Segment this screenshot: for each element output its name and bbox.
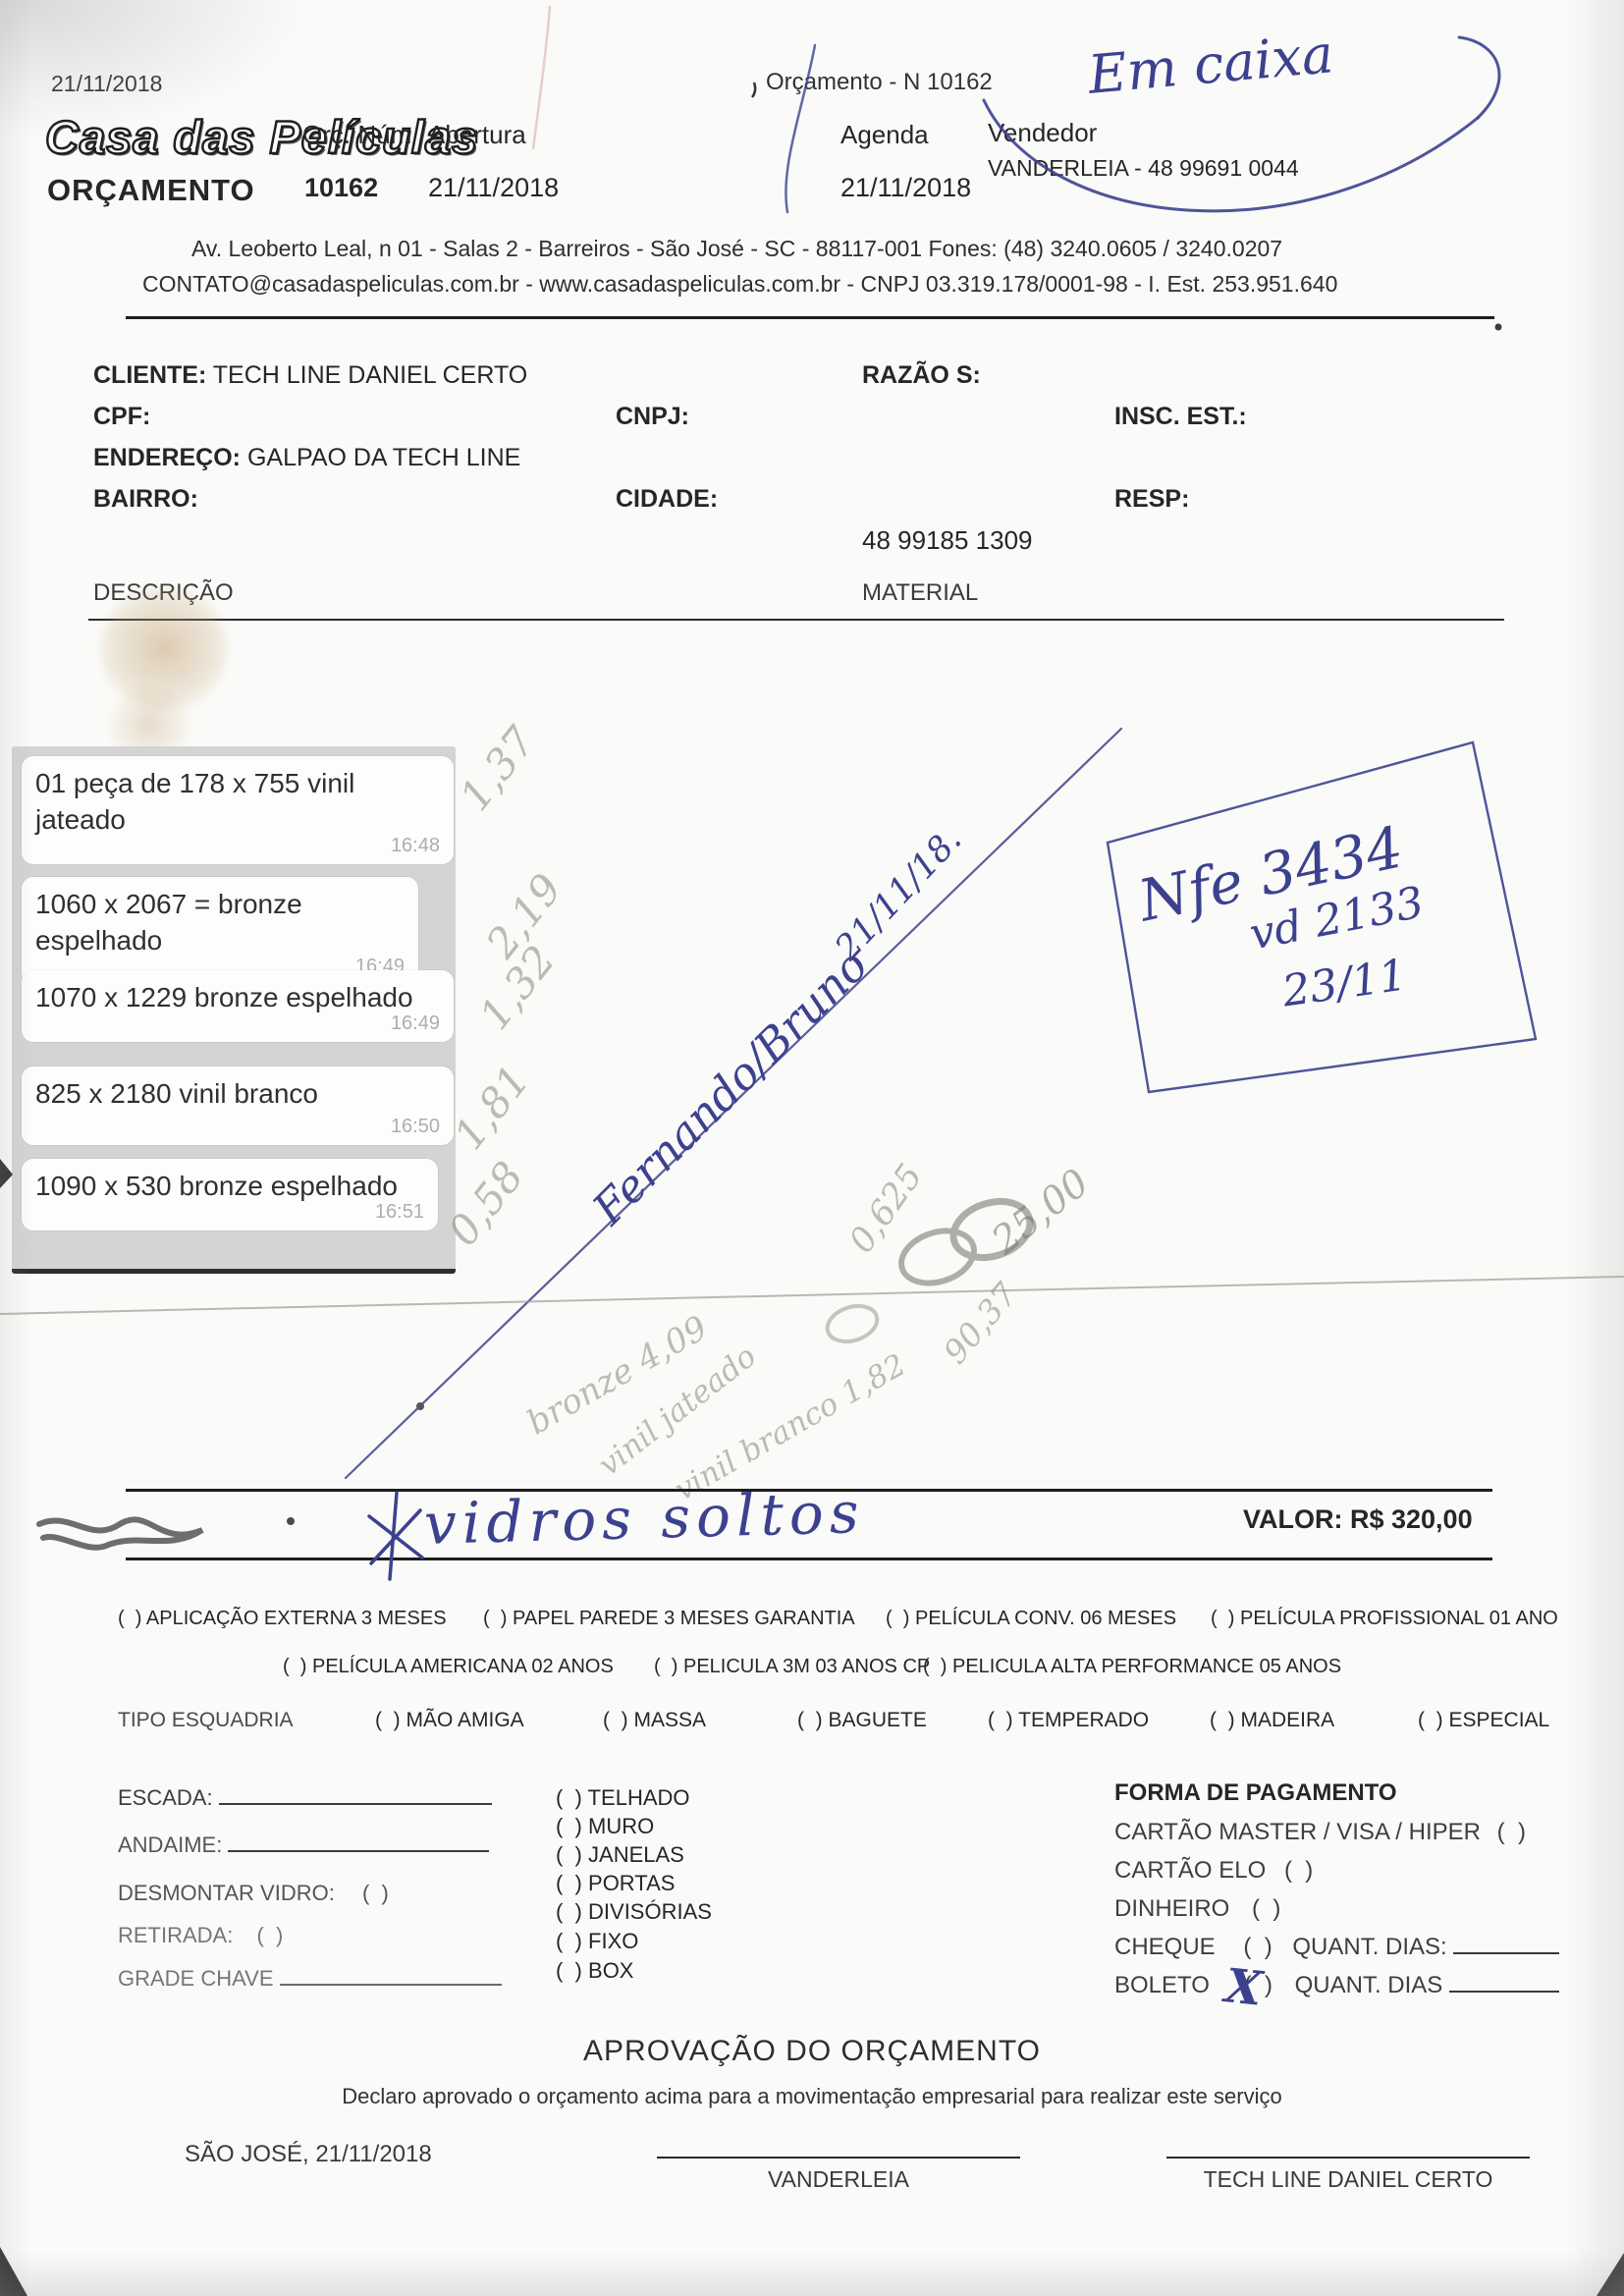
- header-divider: [126, 316, 1494, 319]
- desmontar-field: DESMONTAR VIDRO: ( ): [118, 1881, 389, 1906]
- tipo-option-label: TEMPERADO: [1018, 1709, 1149, 1731]
- scanned-quote-document: 21/11/2018 Orçamento - N 10162 Casa das …: [0, 0, 1624, 2296]
- top-crease-mark: [533, 6, 550, 149]
- chat-message-text: 825 x 2180 vinil branco: [35, 1078, 318, 1109]
- warranty-option-label: PELÍCULA CONV. 06 MESES: [915, 1608, 1176, 1629]
- payment-option: CARTÃO MASTER / VISA / HIPER ( ): [1114, 1819, 1526, 1846]
- checkbox: ( ): [556, 1929, 582, 1953]
- pencil-note: 0,625: [842, 1157, 931, 1260]
- chat-message-time: 16:50: [391, 1114, 440, 1139]
- checkbox: ( ): [797, 1709, 823, 1731]
- warranty-option-label: PELICULA ALTA PERFORMANCE 05 ANOS: [952, 1656, 1341, 1677]
- valor-rule-bottom: [126, 1558, 1492, 1560]
- handwritten-top-note: Em caixa: [1086, 23, 1336, 106]
- tipo-option: ( ) TEMPERADO: [988, 1709, 1149, 1732]
- chat-message-text: 1060 x 2067 = bronze espelhado: [35, 889, 302, 956]
- chat-message-time: 16:49: [391, 1011, 440, 1036]
- field-abertura-value: 21/11/2018: [428, 173, 559, 203]
- handwritten-boleto-x: X: [1222, 1958, 1265, 2017]
- tipo-option: ( ) BAGUETE: [797, 1709, 927, 1732]
- handwritten-diagonal-names: Fernando/Bruno: [582, 939, 878, 1234]
- warranty-option-label: PELÍCULA AMERICANA 02 ANOS: [312, 1656, 614, 1677]
- endereco-value: GALPAO DA TECH LINE: [247, 444, 520, 471]
- approval-declaration: Declaro aprovado o orçamento acima para …: [0, 2084, 1624, 2109]
- tipo-option: ( ) MADEIRA: [1210, 1709, 1334, 1732]
- andaime-blank-line: [228, 1836, 489, 1852]
- payment-title: FORMA DE PAGAMENTO: [1114, 1779, 1397, 1807]
- ink-speck: [1495, 324, 1502, 331]
- warranty-option: ( ) PAPEL PAREDE 3 MESES GARANTIA: [483, 1608, 855, 1630]
- pencil-margin-number: 1,81: [445, 1057, 539, 1159]
- checkbox: ( ): [1252, 1895, 1280, 1922]
- pencil-note: 25,00: [984, 1161, 1098, 1263]
- checkbox: ( ): [375, 1709, 401, 1731]
- razao-label: RAZÃO S:: [862, 361, 981, 390]
- grade-chave-field: GRADE CHAVE: [118, 1966, 502, 1992]
- retirada-field: RETIRADA: ( ): [118, 1923, 283, 1948]
- scan-date: 21/11/2018: [51, 71, 162, 97]
- address-line-1: Av. Leoberto Leal, n 01 - Salas 2 - Barr…: [191, 236, 1282, 262]
- checkbox: ( ): [886, 1608, 909, 1629]
- checkbox: ( ): [988, 1709, 1013, 1731]
- address-line-2: CONTATO@casadaspeliculas.com.br - www.ca…: [142, 271, 1337, 298]
- warranty-option: ( ) PELÍCULA AMERICANA 02 ANOS: [283, 1656, 614, 1678]
- warranty-option: ( ) PELÍCULA PROFISSIONAL 01 ANO: [1211, 1608, 1558, 1630]
- warranty-option: ( ) PELICULA ALTA PERFORMANCE 05 ANOS: [923, 1656, 1341, 1678]
- payment-option-label: BOLETO: [1114, 1972, 1210, 1998]
- pen-swoosh-hook: [1459, 37, 1499, 118]
- tipo-option-label: BAGUETE: [829, 1709, 927, 1731]
- payment-option-boleto: BOLETO ( ) QUANT. DIAS: [1114, 1972, 1559, 1999]
- tipo-option-label: MASSA: [634, 1709, 707, 1731]
- ink-speck: [287, 1517, 295, 1525]
- surface-option-label: DIVISÓRIAS: [588, 1899, 712, 1924]
- payment-option-label: DINHEIRO: [1114, 1895, 1229, 1922]
- field-vendedor-value: VANDERLEIA - 48 99691 0044: [988, 155, 1299, 182]
- chat-bubble: 825 x 2180 vinil branco 16:50: [22, 1066, 454, 1145]
- signature-line-cliente: [1166, 2157, 1530, 2159]
- checkbox: ( ): [556, 1814, 582, 1838]
- checkbox: ( ): [603, 1709, 628, 1731]
- checkbox: ( ): [362, 1881, 389, 1905]
- payment-option-label: CARTÃO MASTER / VISA / HIPER: [1114, 1819, 1481, 1845]
- cidade-label: CIDADE:: [616, 485, 718, 514]
- company-logo: Casa das Películas: [45, 110, 478, 164]
- quant-dias-blank-line: [1449, 1977, 1559, 1993]
- tipo-option: ( ) MÃO AMIGA: [375, 1709, 524, 1732]
- payment-option-label: CHEQUE: [1114, 1934, 1216, 1960]
- tipo-option-label: ESPECIAL: [1449, 1709, 1550, 1731]
- surface-option-label: TELHADO: [588, 1785, 690, 1810]
- surface-option-label: JANELAS: [588, 1842, 684, 1867]
- surface-option-label: PORTAS: [588, 1871, 675, 1895]
- signature-name-vendedora: VANDERLEIA: [657, 2166, 1020, 2193]
- cliente-label: CLIENTE:: [93, 361, 206, 389]
- chat-bubble: 1090 x 530 bronze espelhado 16:51: [22, 1159, 438, 1230]
- tipo-option: ( ) MASSA: [603, 1709, 706, 1732]
- quant-dias-label: QUANT. DIAS:: [1292, 1934, 1446, 1960]
- ink-speck: [416, 1402, 424, 1410]
- tipo-esquadria-label: TIPO ESQUADRIA: [118, 1709, 294, 1732]
- handwritten-diagonal-date: 21/11/18.: [828, 820, 969, 967]
- client-phone: 48 99185 1309: [862, 525, 1033, 556]
- cliente-value: TECH LINE DANIEL CERTO: [213, 361, 527, 389]
- quant-dias-label: QUANT. DIAS: [1295, 1972, 1443, 1998]
- warranty-option: ( ) PELICULA 3M 03 ANOS CP: [654, 1656, 930, 1678]
- whatsapp-screenshot: 01 peça de 178 x 755 vinil jateado 16:48…: [12, 746, 456, 1274]
- surface-option: ( ) PORTAS: [556, 1871, 675, 1896]
- checkbox: ( ): [556, 1899, 582, 1924]
- checkbox: ( ): [654, 1656, 677, 1677]
- checkbox: ( ): [1211, 1608, 1234, 1629]
- chat-bubble: 1070 x 1229 bronze espelhado 16:49: [22, 970, 454, 1042]
- tipo-option: ( ) ESPECIAL: [1418, 1709, 1549, 1732]
- warranty-option-label: PELÍCULA PROFISSIONAL 01 ANO: [1240, 1608, 1558, 1629]
- checkbox: ( ): [256, 1923, 283, 1947]
- endereco-row: ENDEREÇO: GALPAO DA TECH LINE: [93, 444, 520, 472]
- cliente-row: CLIENTE: TECH LINE DANIEL CERTO: [93, 361, 527, 390]
- tipo-option-label: MADEIRA: [1241, 1709, 1335, 1731]
- chat-message-time: 16:48: [391, 833, 440, 858]
- payment-option: DINHEIRO ( ): [1114, 1895, 1280, 1923]
- quant-dias-blank-line: [1453, 1939, 1559, 1954]
- signature-name-cliente: TECH LINE DANIEL CERTO: [1166, 2166, 1530, 2193]
- grade-chave-blank-line: [280, 1970, 502, 1986]
- field-agenda-label: Agenda: [840, 120, 929, 150]
- field-vendedor-label: Vendedor: [988, 118, 1097, 148]
- doc-type-title: ORÇAMENTO: [47, 173, 255, 208]
- surface-option: ( ) TELHADO: [556, 1785, 690, 1811]
- checkbox: ( ): [923, 1656, 947, 1677]
- escada-blank-line: [219, 1789, 492, 1805]
- cnpj-label: CNPJ:: [616, 403, 689, 431]
- escada-field: ESCADA:: [118, 1785, 492, 1811]
- cpf-label: CPF:: [93, 403, 150, 431]
- surface-option: ( ) DIVISÓRIAS: [556, 1899, 712, 1925]
- checkbox: ( ): [1284, 1857, 1313, 1884]
- checkbox: ( ): [283, 1656, 306, 1677]
- pencil-scribble-circle: [894, 1222, 981, 1291]
- chat-message-time: 16:51: [375, 1199, 424, 1225]
- approval-title: APROVAÇÃO DO ORÇAMENTO: [0, 2035, 1624, 2068]
- valor-label: VALOR: R$ 320,00: [1243, 1504, 1473, 1535]
- escada-label: ESCADA:: [118, 1785, 213, 1810]
- chat-bubble: 1060 x 2067 = bronze espelhado 16:49: [22, 877, 418, 985]
- checkbox: ( ): [556, 1871, 582, 1895]
- retirada-label: RETIRADA:: [118, 1923, 233, 1947]
- surface-option: ( ) MURO: [556, 1814, 654, 1839]
- resp-label: RESP:: [1114, 485, 1189, 514]
- checkbox: ( ): [1243, 1934, 1272, 1960]
- doc-ref-tick: [752, 82, 755, 97]
- checkbox: ( ): [118, 1608, 141, 1629]
- payment-option-label: CARTÃO ELO: [1114, 1857, 1266, 1884]
- place-and-date: SÃO JOSÉ, 21/11/2018: [185, 2141, 432, 2168]
- field-agenda-value: 21/11/2018: [840, 173, 971, 203]
- field-orc-num-value: 10162: [304, 173, 378, 203]
- chat-bubble: 01 peça de 178 x 755 vinil jateado 16:48: [22, 756, 454, 864]
- endereco-label: ENDEREÇO:: [93, 444, 241, 471]
- andaime-label: ANDAIME:: [118, 1832, 222, 1857]
- pencil-note: 90,37: [936, 1276, 1025, 1371]
- warranty-option-label: PAPEL PAREDE 3 MESES GARANTIA: [513, 1608, 855, 1629]
- descricao-header: DESCRIÇÃO: [93, 579, 234, 607]
- tipo-option-label: MÃO AMIGA: [406, 1709, 524, 1731]
- insc-est-label: INSC. EST.:: [1114, 403, 1247, 431]
- doc-ref: Orçamento - N 10162: [766, 69, 993, 96]
- desmontar-label: DESMONTAR VIDRO:: [118, 1881, 335, 1905]
- warranty-option: ( ) APLICAÇÃO EXTERNA 3 MESES: [118, 1608, 447, 1630]
- warranty-option-label: APLICAÇÃO EXTERNA 3 MESES: [146, 1608, 447, 1629]
- chat-message-text: 01 peça de 178 x 755 vinil jateado: [35, 768, 354, 835]
- checkbox: ( ): [1210, 1709, 1235, 1731]
- warranty-option-label: PELICULA 3M 03 ANOS CP: [683, 1656, 930, 1677]
- handwritten-valor-note: vidros soltos: [423, 1479, 865, 1558]
- pencil-margin-number: 1,37: [451, 718, 545, 820]
- checkbox: ( ): [556, 1958, 582, 1983]
- pen-left-scribble: [39, 1519, 202, 1547]
- scan-corner-dark-left: [0, 2247, 27, 2296]
- payment-option: CARTÃO ELO ( ): [1114, 1857, 1313, 1885]
- handwritten-box-date: 23/11: [1279, 950, 1410, 1016]
- checkbox: ( ): [1418, 1709, 1443, 1731]
- material-header: MATERIAL: [862, 579, 978, 607]
- surface-option: ( ) FIXO: [556, 1929, 638, 1954]
- paper-crease-line: [0, 1277, 1624, 1314]
- scan-corner-dark-right: [1597, 2253, 1624, 2296]
- checkbox: ( ): [483, 1608, 507, 1629]
- bairro-label: BAIRRO:: [93, 485, 198, 514]
- warranty-option: ( ) PELÍCULA CONV. 06 MESES: [886, 1608, 1176, 1630]
- checkbox: ( ): [1497, 1819, 1526, 1845]
- surface-option: ( ) BOX: [556, 1958, 633, 1984]
- surface-option-label: MURO: [588, 1814, 654, 1838]
- chat-message-text: 1070 x 1229 bronze espelhado: [35, 982, 413, 1012]
- andaime-field: ANDAIME:: [118, 1832, 489, 1858]
- chat-message-text: 1090 x 530 bronze espelhado: [35, 1171, 398, 1201]
- pencil-margin-number: 1,32: [470, 937, 565, 1039]
- grade-chave-label: GRADE CHAVE: [118, 1966, 274, 1991]
- checkbox: ( ): [556, 1785, 582, 1810]
- payment-option: CHEQUE ( ) QUANT. DIAS:: [1114, 1934, 1559, 1961]
- surface-option: ( ) JANELAS: [556, 1842, 684, 1868]
- pen-asterisk: [369, 1493, 422, 1579]
- field-abertura-label: Abertura: [428, 120, 526, 150]
- signature-line-vendedora: [657, 2157, 1020, 2159]
- surface-option-label: BOX: [588, 1958, 633, 1983]
- surface-option-label: FIXO: [588, 1929, 638, 1953]
- coffee-stain: [90, 581, 238, 773]
- checkbox: ( ): [556, 1842, 582, 1867]
- pencil-scribble-circle: [823, 1300, 882, 1347]
- description-divider: [88, 619, 1504, 621]
- field-orc-num-label: Orç. Núm: [302, 120, 411, 150]
